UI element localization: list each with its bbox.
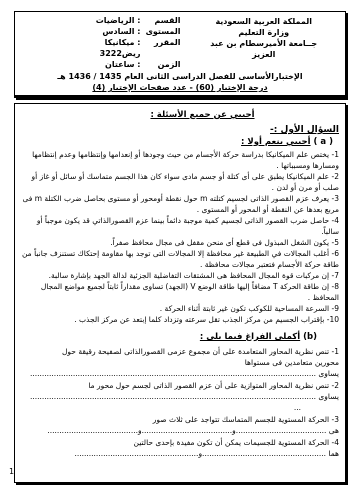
b-item-blank-line: هى .....................................…: [21, 425, 339, 436]
ministry-column: المملكة العربية السعودية وزارة التعليم ج…: [186, 15, 341, 70]
section-a-item-2: 2- علم الميكانيكا يطبق على أى كتلة أو جس…: [21, 171, 339, 193]
course-label: المقرر: [140, 37, 180, 48]
question-1-title: السؤال الأول :-: [21, 124, 339, 136]
section-b-items: 1- تنص نظرية المحاور المتعامدة على أن مج…: [21, 346, 339, 459]
b-item-line: 4- الحركة المستوية للجسيمات يمكن أن تكون…: [21, 437, 339, 448]
section-a-item-6: 6- أغلب المجالات في الطبيعة غير محافظة إ…: [21, 248, 339, 270]
b-item-blank-line: يساوى ..................................…: [21, 368, 339, 379]
ministry-line-ministry: وزارة التعليم: [186, 27, 341, 38]
answer-all-instruction: أجيبي عن جميع الأسئلة :: [21, 109, 339, 121]
section-b-item-2: 2- تنص نظرية المحاور المتوازية على أن عز…: [21, 380, 339, 413]
section-a-item-8: 8- إن طاقة الحركة T مضافاً إليها طاقة ال…: [21, 281, 339, 303]
section-a-item-1: 1- يختص علم الميكانيكا بدراسة حركة الأجس…: [21, 149, 339, 171]
section-b-item-3: 3- الحركة المستوية للجسم المتماسك تتواجد…: [21, 414, 339, 436]
exam-header: المملكة العربية السعودية وزارة التعليم ج…: [14, 11, 346, 98]
section-a-label: ( a ): [314, 137, 333, 147]
section-b-label: (b): [303, 332, 317, 342]
b-item-line: 3- الحركة المستوية للجسم المتماسك تتواجد…: [21, 414, 339, 425]
course-value: : السادس: [19, 26, 140, 37]
course-value: ريض3222: [19, 48, 140, 59]
course-row-time: الزمن : ساعتان: [19, 59, 180, 70]
ministry-line-university: جــامعة الأميرسطام بن عبد: [186, 38, 341, 49]
section-b-heading-text: أكملى الفراغ فيما يلى :: [200, 332, 300, 342]
exam-title: الإختبارالأساسى للفصل الدراسى الثانى الع…: [19, 71, 341, 82]
course-value: : ساعتان: [19, 59, 140, 70]
course-row-department: القسم : الرياضيات: [19, 15, 180, 26]
b-item-line: محورين متعامدين فى مستواها: [21, 357, 339, 368]
exam-subtitle: درجة الإختبار (60) - عدد صفحات الإختبار …: [19, 82, 341, 95]
section-a-item-3: 3- يعرف عزم القصور الذاتى لجسيم كتلته m …: [21, 193, 339, 215]
course-value: : ميكانيكا: [19, 37, 140, 48]
section-a-item-4: 4- حاصل ضرب القصور الذاتى لجسيم كمية موج…: [21, 215, 339, 237]
b-item-blank-line: يساوى ..................................…: [21, 391, 339, 402]
ministry-line-university-2: العزيز: [186, 49, 341, 60]
section-b-item-4: 4- الحركة المستوية للجسيمات يمكن أن تكون…: [21, 437, 339, 459]
page-number: 1: [9, 467, 14, 476]
section-b-heading: (b) أكملى الفراغ فيما يلى :: [21, 331, 339, 343]
section-a-item-5: 5- يكون الشغل المبذول فى قطع أى منحن مقف…: [21, 237, 339, 248]
section-a-heading: ( a ) أجيبي بنعم أولا :: [21, 136, 339, 148]
b-item-line: 2- تنص نظرية المحاور المتوازية على أن عز…: [21, 380, 339, 391]
section-a-item-10: 10- بإقتراب الجسيم من مركز الجذب تقل سرع…: [21, 314, 339, 325]
course-label: القسم: [140, 15, 180, 26]
course-row-course: المقرر : ميكانيكا: [19, 37, 180, 48]
course-label: الزمن: [140, 59, 180, 70]
course-info-column: القسم : الرياضيات المستوى : السادس المقر…: [19, 15, 186, 70]
b-item-blank-tail: ...: [21, 402, 301, 413]
course-row-level: المستوى : السادس: [19, 26, 180, 37]
course-label: [140, 48, 180, 59]
exam-body: أجيبي عن جميع الأسئلة : السؤال الأول :- …: [14, 103, 346, 483]
course-row-course-code: ريض3222: [19, 48, 180, 59]
b-item-line: 1- تنص نظرية المحاور المتعامدة على أن مج…: [21, 346, 339, 357]
header-columns: المملكة العربية السعودية وزارة التعليم ج…: [19, 15, 341, 70]
course-label: المستوى: [140, 26, 180, 37]
section-a-heading-text: أجيبي بنعم أولا :: [241, 137, 311, 147]
section-a-item-7: 7- إن مركبات قوة المجال المحافظ هى المشت…: [21, 270, 339, 281]
section-a-items: 1- يختص علم الميكانيكا بدراسة حركة الأجس…: [21, 149, 339, 325]
course-value: : الرياضيات: [19, 15, 140, 26]
exam-document-page: المملكة العربية السعودية وزارة التعليم ج…: [0, 0, 362, 500]
section-a-item-9: 9- السرعة المساحية للكوكب تكون غير ثابتة…: [21, 303, 339, 314]
section-b-item-1: 1- تنص نظرية المحاور المتعامدة على أن مج…: [21, 346, 339, 379]
b-item-blank-line: هما ....................................…: [21, 448, 339, 459]
ministry-line-country: المملكة العربية السعودية: [186, 16, 341, 27]
